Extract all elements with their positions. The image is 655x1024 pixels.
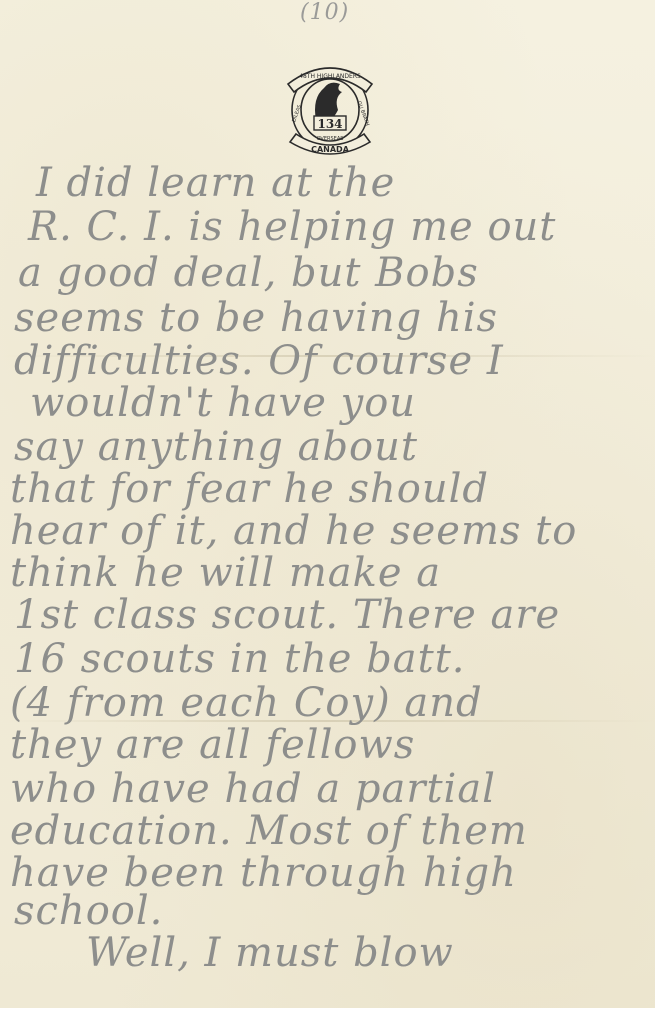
letter-line: I did learn at the bbox=[36, 160, 395, 206]
letter-line: seems to be having his bbox=[14, 295, 498, 341]
letter-line: (4 from each Coy) and bbox=[10, 680, 483, 726]
letter-line: they are all fellows bbox=[10, 722, 415, 768]
letter-line: think he will make a bbox=[10, 550, 441, 596]
svg-text:OVERSEAS: OVERSEAS bbox=[317, 136, 344, 142]
letter-paper: (10) 134 48TH HIGHLANDERS CANADA DILEAS … bbox=[0, 0, 655, 1008]
svg-text:48TH HIGHLANDERS: 48TH HIGHLANDERS bbox=[299, 73, 361, 80]
letter-line: 1st class scout. There are bbox=[14, 592, 560, 638]
letter-line: a good deal, but Bobs bbox=[18, 250, 479, 296]
page-number: (10) bbox=[300, 0, 349, 25]
svg-text:CANADA: CANADA bbox=[311, 145, 350, 154]
letter-line: that for fear he should bbox=[10, 466, 489, 512]
letter-line: R. C. I. is helping me out bbox=[28, 204, 556, 250]
letter-line: education. Most of them bbox=[10, 808, 528, 854]
letter-line: wouldn't have you bbox=[30, 380, 416, 426]
letter-line: school. bbox=[14, 888, 163, 934]
letter-line: 16 scouts in the batt. bbox=[14, 636, 466, 682]
svg-text:134: 134 bbox=[317, 117, 342, 131]
letter-line: difficulties. Of course I bbox=[14, 338, 504, 384]
letter-line: say anything about bbox=[14, 424, 418, 470]
letter-line: hear of it, and he seems to bbox=[10, 508, 577, 554]
regimental-crest-icon: 134 48TH HIGHLANDERS CANADA DILEAS GU BR… bbox=[278, 54, 382, 164]
letter-line: who have had a partial bbox=[10, 766, 496, 812]
letter-line: Well, I must blow bbox=[86, 930, 454, 976]
